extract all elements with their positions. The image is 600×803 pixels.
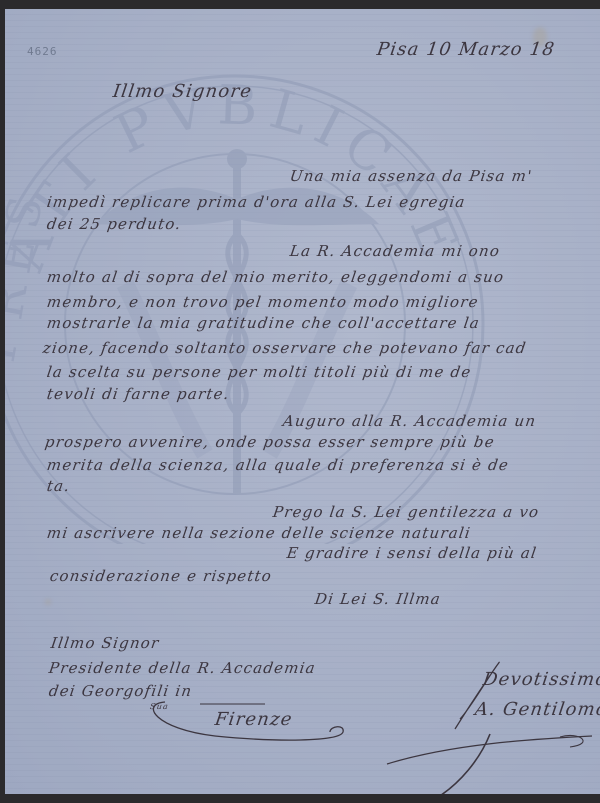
archive-number: 4626: [27, 45, 58, 58]
body-line: Prego la S. Lei gentilezza a vo: [272, 503, 541, 521]
salutation: Illmo Signore: [112, 81, 254, 102]
addressee-line2: Presidente della R. Accademia: [48, 659, 317, 677]
signature-name: A. Gentilomo: [474, 699, 600, 720]
body-line: Auguro alla R. Accademia un: [282, 412, 538, 430]
body-line: considerazione e rispetto: [49, 567, 274, 585]
body-line: zione, facendo soltanto osservare che po…: [42, 339, 528, 357]
letter-page: ATI PVBLICAE PRES 4626 Pisa 10 Marzo 18 …: [5, 9, 600, 794]
body-line: impedì replicare prima d'ora alla S. Lei…: [46, 193, 467, 211]
body-line: ta.: [46, 477, 72, 495]
body-line: mostrarle la mia gratitudine che coll'ac…: [46, 314, 481, 332]
body-line: Una mia assenza da Pisa m': [289, 167, 534, 185]
body-line: prospero avvenire, onde possa esser semp…: [44, 433, 496, 451]
city-flourish-icon: [135, 694, 355, 744]
body-line: dei 25 perduto.: [46, 215, 183, 233]
body-line: La R. Accademia mi ono: [289, 242, 502, 260]
closing: Di Lei S. Illma: [314, 590, 442, 608]
paper-stain: [45, 599, 51, 605]
body-line: mi ascrivere nella sezione delle scienze…: [46, 524, 472, 542]
body-line: tevoli di farne parte.: [46, 385, 231, 403]
place-date: Pisa 10 Marzo 18: [376, 39, 557, 60]
signature-valediction: Devotissimo: [482, 669, 600, 690]
body-line: merita della scienza, alla quale di pref…: [46, 456, 511, 474]
addressee-line1: Illmo Signor: [50, 634, 161, 652]
body-line: membro, e non trovo pel momento modo mig…: [46, 293, 480, 311]
body-line: E gradire i sensi della più al: [286, 544, 539, 562]
body-line: molto al di sopra del mio merito, elegge…: [46, 268, 506, 286]
body-line: la scelta su persone per molti titoli pi…: [46, 363, 473, 381]
